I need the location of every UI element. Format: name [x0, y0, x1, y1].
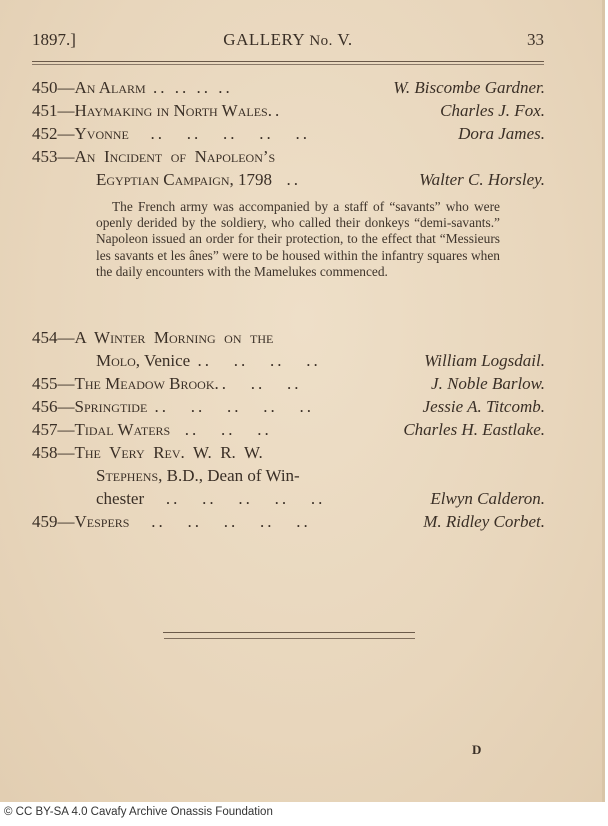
catalogue-entry-continuation: chester .. .. .. .. .. Elwyn Calderon. — [32, 488, 545, 510]
entry-title: An Alarm — [75, 78, 146, 97]
page-edge — [602, 0, 605, 802]
catalogue-entry-continuation: Molo, Venice .. .. .. .. William Logsdai… — [32, 350, 545, 372]
signature-mark: D — [472, 742, 481, 758]
entry-title: The Very Rev. W. R. W. — [75, 443, 263, 462]
entry-artist: M. Ridley Corbet. — [423, 511, 545, 533]
copyright-credit: © CC BY-SA 4.0 Cavafy Archive Onassis Fo… — [4, 806, 273, 818]
entry-title: Tidal Waters — [75, 420, 171, 439]
running-header: 1897.] GALLERY No. V. 33 — [32, 30, 544, 52]
header-rule — [32, 61, 544, 62]
header-title: GALLERY No. V. — [32, 30, 544, 50]
entry-artist: Charles J. Fox. — [440, 100, 545, 122]
entry-title: The Meadow Brook — [75, 374, 215, 393]
catalogue-entry: 455—The Meadow Brook.. .. .. J. Noble Ba… — [32, 373, 545, 395]
entry-title: An Incident of Napoleon’s — [75, 147, 276, 166]
catalogue-entry: 459—Vespers .. .. .. .. .. M. Ridley Cor… — [32, 511, 545, 533]
entry-title: Springtide — [75, 397, 148, 416]
entry-title: A Winter Morning on the — [75, 328, 274, 347]
book-page: 1897.] GALLERY No. V. 33 450—An Alarm ..… — [0, 0, 605, 802]
catalogue-entry: 452—Yvonne .. .. .. .. .. Dora James. — [32, 123, 545, 145]
catalogue-entry-continuation: Stephens, B.D., Dean of Win- — [32, 465, 545, 487]
entry-title: Yvonne — [75, 124, 129, 143]
entry-title: Vespers — [75, 512, 130, 531]
entry-artist: Dora James. — [458, 123, 545, 145]
note-text: The French army was accompanied by a sta… — [96, 199, 500, 280]
entry-artist: W. Biscombe Gardner. — [393, 77, 545, 99]
catalogue-entry: 450—An Alarm .. .. .. .. W. Biscombe Gar… — [32, 77, 545, 99]
catalogue-entry: 454—A Winter Morning on the — [32, 327, 545, 349]
catalogue-entry: 451—Haymaking in North Wales.. Charles J… — [32, 100, 545, 122]
entry-artist: Charles H. Eastlake. — [403, 419, 545, 441]
catalogue-entry-continuation: Egyptian Campaign, 1798 .. Walter C. Hor… — [32, 169, 545, 191]
catalogue-entry: 458—The Very Rev. W. R. W. — [32, 442, 545, 464]
header-rule-secondary — [32, 64, 544, 65]
catalogue-entry: 457—Tidal Waters .. .. .. Charles H. Eas… — [32, 419, 545, 441]
catalogue-entry: 456—Springtide .. .. .. .. .. Jessie A. … — [32, 396, 545, 418]
entry-title: Haymaking in North Wales — [75, 101, 268, 120]
end-rule — [163, 632, 415, 633]
entry-note: The French army was accompanied by a sta… — [96, 199, 500, 280]
entry-artist: Elwyn Calderon. — [430, 488, 545, 510]
catalogue-entry: 453—An Incident of Napoleon’s — [32, 146, 545, 168]
entry-artist: William Logsdail. — [424, 350, 545, 372]
page-number: 33 — [527, 30, 544, 50]
end-rule-secondary — [164, 638, 415, 639]
entry-artist: Jessie A. Titcomb. — [423, 396, 545, 418]
entry-artist: Walter C. Horsley. — [419, 169, 545, 191]
entry-artist: J. Noble Barlow. — [431, 373, 545, 395]
